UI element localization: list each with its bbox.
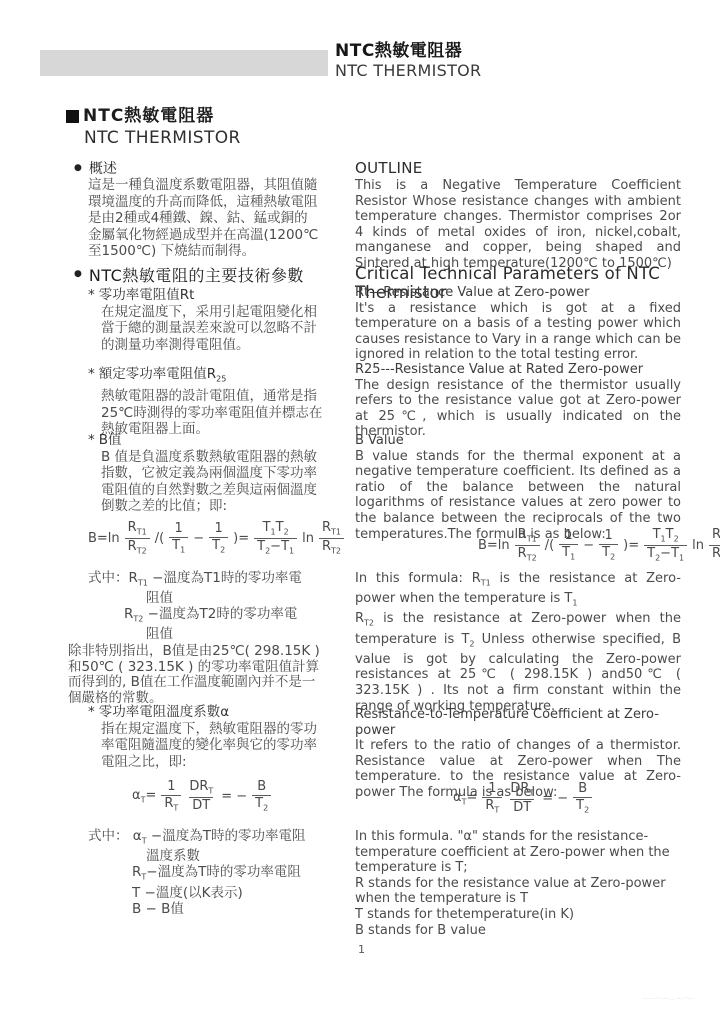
outline-heading: OUTLINE xyxy=(355,159,423,177)
fraction: 1T2 xyxy=(209,522,228,555)
r25-title-left: *額定零功率電阻值R25 xyxy=(88,366,323,388)
overview-heading: ● 概述 xyxy=(74,158,117,178)
fraction: T1T2T2−T1 xyxy=(254,521,297,556)
alpha-block-left: *零功率電阻溫度系數α 指在規定溫度下，熱敏電阻器的零功率電阻隨溫度的變化率與它… xyxy=(88,704,323,770)
fraction: DRTDT xyxy=(507,782,537,815)
fraction: DRTDT xyxy=(186,780,216,813)
asterisk-marker: * xyxy=(88,704,95,720)
section-heading: NTC熱敏電阻器 NTC THERMISTOR xyxy=(66,106,241,149)
bvalue-block-left: *B值 B 值是負溫度系數熱敏電阻器的熱敏指數，它被定義為兩個溫度下零功率電阻值… xyxy=(88,432,323,515)
b-legend-left: 式中：RT1 −溫度為T1時的零功率電 阻值 RT2 −溫度為T2時的零功率電 … xyxy=(88,571,333,706)
fraction: RT1RT2 xyxy=(709,528,720,563)
outline-body: This is a Negative Temperature Coefficie… xyxy=(355,178,681,272)
alpha-body-left: 指在規定溫度下，熱敏電阻器的零功率電阻隨溫度的變化率與它的零功率電阻之比，即: xyxy=(101,721,323,771)
header-titles: NTC熱敏電阻器 NTC THERMISTOR xyxy=(335,42,481,80)
watermark-text: ··-···'··--·‥··-··'·-· xyxy=(643,996,695,1001)
alpha-formula-right: αT= 1RT DRTDT = − BT2 xyxy=(453,782,592,815)
alpha-legend-left: 式中： αT −溫度為T時的零功率電阻 溫度系數 RT−溫度為T時的零功率電阻 … xyxy=(88,829,338,917)
section-title-en: NTC THERMISTOR xyxy=(84,128,241,148)
datasheet-page: NTC熱敏電阻器 NTC THERMISTOR NTC熱敏電阻器 NTC THE… xyxy=(0,0,720,1012)
b-value-formula-left: B=ln RT1RT2 /( 1T1 − 1T2 )= T1T2T2−T1 ln… xyxy=(88,521,344,556)
alpha-title-right: Resistance-to-Temperature Coefficient at… xyxy=(355,707,681,738)
fraction: BT2 xyxy=(573,782,592,815)
fraction: 1RT xyxy=(161,780,181,813)
overview-body: 這是一種負溫度系數電阻器，其阻值隨環境溫度的升高而降低，這種熱敏電阻是由2種或4… xyxy=(88,177,320,260)
bvalue-block-right: B Value B value stands for the thermal e… xyxy=(355,433,681,542)
alpha-legend-line: T stands for thetemperature(in K) xyxy=(355,907,681,923)
fraction: RT1RT2 xyxy=(319,521,344,556)
r25-block-right: R25---Resistance Value at Rated Zero-pow… xyxy=(355,362,681,440)
section-title-zh: NTC熱敏電阻器 xyxy=(83,106,214,126)
alpha-legend-line: B stands for B value xyxy=(355,923,681,939)
asterisk-marker: * xyxy=(88,366,95,382)
alpha-title-left: *零功率電阻溫度系數α xyxy=(88,704,323,721)
rt-title-right: Rt---Resistance Value at Zero-power xyxy=(355,285,681,301)
fraction: RT1RT2 xyxy=(125,521,150,556)
r25-body-right: The design resistance of the thermistor … xyxy=(355,378,681,440)
fraction: RT1RT2 xyxy=(515,528,540,563)
asterisk-marker: * xyxy=(88,287,95,303)
rt-title-left: *零功率電阻值Rt xyxy=(88,287,323,304)
black-square-icon xyxy=(66,110,79,123)
r25-body-left: 熱敏電阻器的設計電阻值，通常是指25℃時測得的零功率電阻值并標志在熱敏電阻器上面… xyxy=(101,388,323,438)
fraction: T1T2T2−T1 xyxy=(644,528,687,563)
asterisk-marker: * xyxy=(88,432,95,448)
rt-body-left: 在規定溫度下，采用引起電阻變化相當于總的測量誤差來說可以忽略不計的測量功率測得電… xyxy=(101,304,323,354)
alpha-legend-right: In this formula. "α" stands for the resi… xyxy=(355,829,681,938)
alpha-legend-line: R stands for the resistance value at Zer… xyxy=(355,876,681,907)
bvalue-title-left: *B值 xyxy=(88,432,323,449)
fraction: 1T1 xyxy=(559,529,578,562)
b-note-left: 除非特別指出，B值是由25℃( 298.15K ) 和50℃ ( 323.15K… xyxy=(68,644,323,706)
fraction: 1T1 xyxy=(169,522,188,555)
fraction: 1RT xyxy=(482,782,502,815)
b-legend-right: In this formula: RT1 is the resistance a… xyxy=(355,571,681,714)
header-title-en: NTC THERMISTOR xyxy=(335,62,481,80)
params-heading-left: ● NTC熱敏電阻的主要技術參數 xyxy=(74,263,304,286)
r25-title-right: R25---Resistance Value at Rated Zero-pow… xyxy=(355,362,681,378)
bvalue-title-right: B Value xyxy=(355,433,681,449)
alpha-legend-line: In this formula. "α" stands for the resi… xyxy=(355,829,681,876)
rt-block-right: Rt---Resistance Value at Zero-power It's… xyxy=(355,285,681,363)
header-gray-bar xyxy=(40,50,328,76)
page-number: 1 xyxy=(358,943,365,956)
rt-block-left: *零功率電阻值Rt 在規定溫度下，采用引起電阻變化相當于總的測量誤差來說可以忽略… xyxy=(88,287,323,353)
r25-block-left: *額定零功率電阻值R25 熱敏電阻器的設計電阻值，通常是指25℃時測得的零功率電… xyxy=(88,366,323,438)
bullet-icon: ● xyxy=(74,270,82,279)
fraction: 1T2 xyxy=(599,529,618,562)
fraction: BT2 xyxy=(252,780,271,813)
bvalue-body-left: B 值是負溫度系數熱敏電阻器的熱敏指數，它被定義為兩個溫度下零功率電阻值的自然對… xyxy=(101,449,323,515)
bullet-icon: ● xyxy=(74,164,82,173)
rt-body-right: It's a resistance which is got at a fixe… xyxy=(355,301,681,363)
header-title-zh: NTC熱敏電阻器 xyxy=(335,42,481,62)
alpha-formula-left: αT= 1RT DRTDT = − BT2 xyxy=(132,780,271,813)
b-value-formula-right: B=ln RT1RT2 /( 1T1 − 1T2 )= T1T2T2−T1 ln… xyxy=(478,528,720,563)
